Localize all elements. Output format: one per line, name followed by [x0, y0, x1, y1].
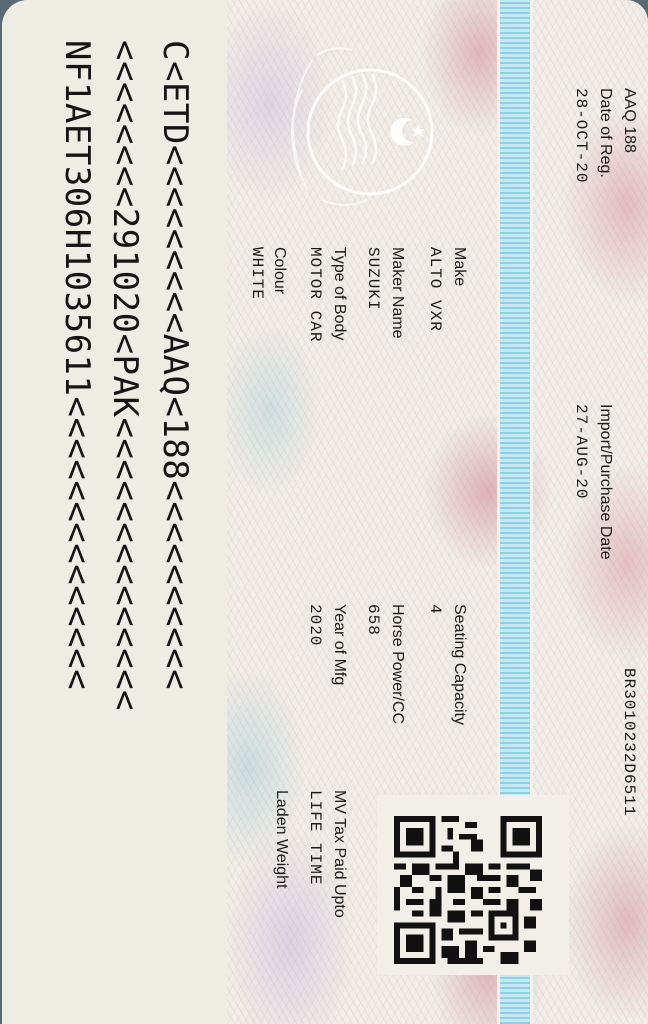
make-label: Make — [450, 247, 468, 286]
mrz-line-3: NF1AET306H1035611<<<<<<<<<<<<<< — [60, 40, 94, 690]
maker-name-label: Maker Name — [388, 247, 406, 339]
seating-capacity-value: 4 — [426, 604, 444, 615]
mv-tax-value: LIFE TIME — [306, 790, 324, 885]
date-of-reg-label: Date of Reg. — [596, 88, 614, 178]
registration-number: AAQ 188 — [620, 88, 638, 153]
colour-value: WHITE — [248, 247, 266, 300]
year-of-mfg-label: Year of Mfg — [330, 604, 348, 685]
mrz-line-1: C<ETD<<<<<<<<<AAQ<188<<<<<<<<<< — [158, 40, 192, 690]
maker-name-value: SUZUKI — [364, 247, 382, 311]
body-type-value: MOTOR CAR — [306, 247, 324, 342]
laden-weight-label: Laden Weight — [272, 790, 290, 888]
state-emblem-icon — [272, 40, 437, 210]
seating-capacity-label: Seating Capacity — [450, 604, 468, 725]
mv-tax-label: MV Tax Paid Upto — [330, 790, 348, 918]
horse-power-label: Horse Power/CC — [388, 604, 406, 724]
import-date-label: Import/Purchase Date — [596, 404, 614, 560]
colour-label: Colour — [270, 247, 288, 294]
mrz-line-2: <<<<<<<<291020<PAK<<<<<<<<<<<<<< — [108, 40, 142, 711]
make-value: ALTO VXR — [426, 247, 444, 332]
registration-card: AAQ 188 Date of Reg. 28-OCT-20 Import/Pu… — [2, 0, 648, 1024]
import-date-value: 27-AUG-20 — [572, 404, 590, 499]
year-of-mfg-value: 2020 — [306, 604, 324, 646]
body-type-label: Type of Body — [330, 247, 348, 340]
horse-power-value: 658 — [364, 604, 382, 636]
serial-number: BR3010232D6511 — [620, 668, 638, 816]
qr-code-icon — [394, 815, 542, 965]
date-of-reg-value: 28-OCT-20 — [572, 88, 590, 183]
